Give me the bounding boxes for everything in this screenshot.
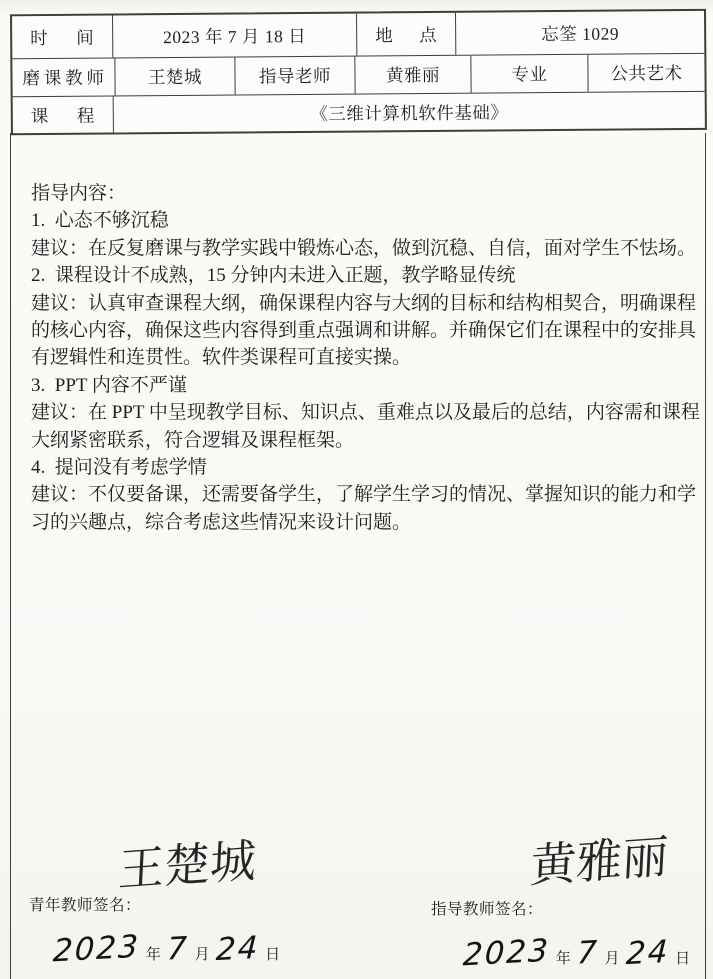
location-label: 地点 xyxy=(357,21,455,47)
time-value: 2023 年 7 月 18 日 xyxy=(163,22,306,48)
suggestion-2: 建议：认真审查课程大纲，确保课程内容与大纲的目标和结构相契合，明确课程的核心内容… xyxy=(31,290,701,372)
mentor-date-year: 2023 xyxy=(462,933,551,974)
guidance-title: 指导内容： xyxy=(31,180,701,207)
guidance-content-box: 指导内容： 1. 心态不够沉稳 建议：在反复磨课与教学实践中锻炼心态，做到沉稳、… xyxy=(10,133,706,979)
young-teacher-date-day: 24 xyxy=(215,930,260,968)
suggestion-3: 建议：在 PPT 中呈现教学目标、知识点、重难点以及最后的总结，内容需和课程大纲… xyxy=(31,399,701,454)
teacher-label-cell: 磨课教师 xyxy=(12,58,114,96)
suggestion-1: 建议：在反复磨课与教学实践中锻炼心态，做到沉稳、自信，面对学生不怯场。 xyxy=(31,235,701,262)
year-suffix: 年 xyxy=(146,943,161,964)
mentor-date-month: 7 xyxy=(576,934,600,971)
issue-3: 3. PPT 内容不严谨 xyxy=(31,372,701,399)
month-suffix: 月 xyxy=(195,943,210,964)
issue-4: 4. 提问没有考虑学情 xyxy=(31,454,701,481)
mentor-date: 2023 年 7 月 24 日 xyxy=(463,935,690,971)
teacher-label: 磨课教师 xyxy=(12,64,114,90)
year-suffix: 年 xyxy=(556,947,571,968)
young-teacher-date-year: 2023 xyxy=(52,929,141,970)
header-row-time-location: 时间 2023 年 7 月 18 日 地点 忘筌 1029 xyxy=(12,11,704,58)
day-suffix: 日 xyxy=(675,947,690,968)
young-teacher-date-month: 7 xyxy=(166,930,190,967)
location-label-cell: 地点 xyxy=(356,13,455,56)
feedback-form: 时间 2023 年 7 月 18 日 地点 忘筌 1029 磨课教师 王楚城 指… xyxy=(10,14,706,979)
mentor-value-cell: 黄雅丽 xyxy=(354,56,470,94)
course-label-cell: 课程 xyxy=(13,97,113,134)
course-value-cell: 《三维计算机软件基础》 xyxy=(113,92,705,133)
header-table: 时间 2023 年 7 月 18 日 地点 忘筌 1029 磨课教师 王楚城 指… xyxy=(10,9,707,135)
mentor-label-cell: 指导老师 xyxy=(234,57,354,95)
issue-2: 2. 课程设计不成熟，15 分钟内未进入正题，教学略显传统 xyxy=(31,262,701,289)
header-row-course: 课程 《三维计算机软件基础》 xyxy=(13,91,705,133)
issue-1: 1. 心态不够沉稳 xyxy=(31,207,701,234)
header-row-teachers: 磨课教师 王楚城 指导老师 黄雅丽 专业 公共艺术 xyxy=(12,53,704,96)
mentor-value: 黄雅丽 xyxy=(386,62,440,87)
teacher-value-cell: 王楚城 xyxy=(114,58,234,96)
month-suffix: 月 xyxy=(605,947,620,968)
major-value-cell: 公共艺术 xyxy=(587,54,704,92)
major-value: 公共艺术 xyxy=(610,60,682,86)
day-suffix: 日 xyxy=(265,943,280,964)
mentor-label: 指导老师 xyxy=(259,63,331,89)
location-value: 忘筌 1029 xyxy=(541,20,619,46)
young-teacher-date: 2023 年 7 月 24 日 xyxy=(53,931,280,967)
major-label: 专业 xyxy=(511,61,547,86)
signature-area: 青年教师签名： 王楚城 2023 年 7 月 24 日 指导教师签名： 黄雅丽 … xyxy=(11,839,705,979)
mentor-date-day: 24 xyxy=(625,934,670,972)
guidance-content: 指导内容： 1. 心态不够沉稳 建议：在反复磨课与教学实践中锻炼心态，做到沉稳、… xyxy=(11,133,705,536)
teacher-value: 王楚城 xyxy=(148,64,202,89)
course-label: 课程 xyxy=(13,102,113,128)
suggestion-4: 建议：不仅要备课，还需要备学生，了解学生学习的情况、掌握知识的能力和学习的兴趣点… xyxy=(31,481,701,536)
time-value-cell: 2023 年 7 月 18 日 xyxy=(112,14,356,58)
major-label-cell: 专业 xyxy=(470,55,587,93)
location-value-cell: 忘筌 1029 xyxy=(455,11,704,55)
time-label: 时间 xyxy=(12,24,112,50)
mentor-signature-label: 指导教师签名： xyxy=(431,897,543,919)
mentor-signature: 黄雅丽 xyxy=(529,831,669,892)
time-label-cell: 时间 xyxy=(12,16,112,59)
course-value: 《三维计算机软件基础》 xyxy=(310,99,508,126)
young-teacher-signature: 王楚城 xyxy=(117,835,257,896)
